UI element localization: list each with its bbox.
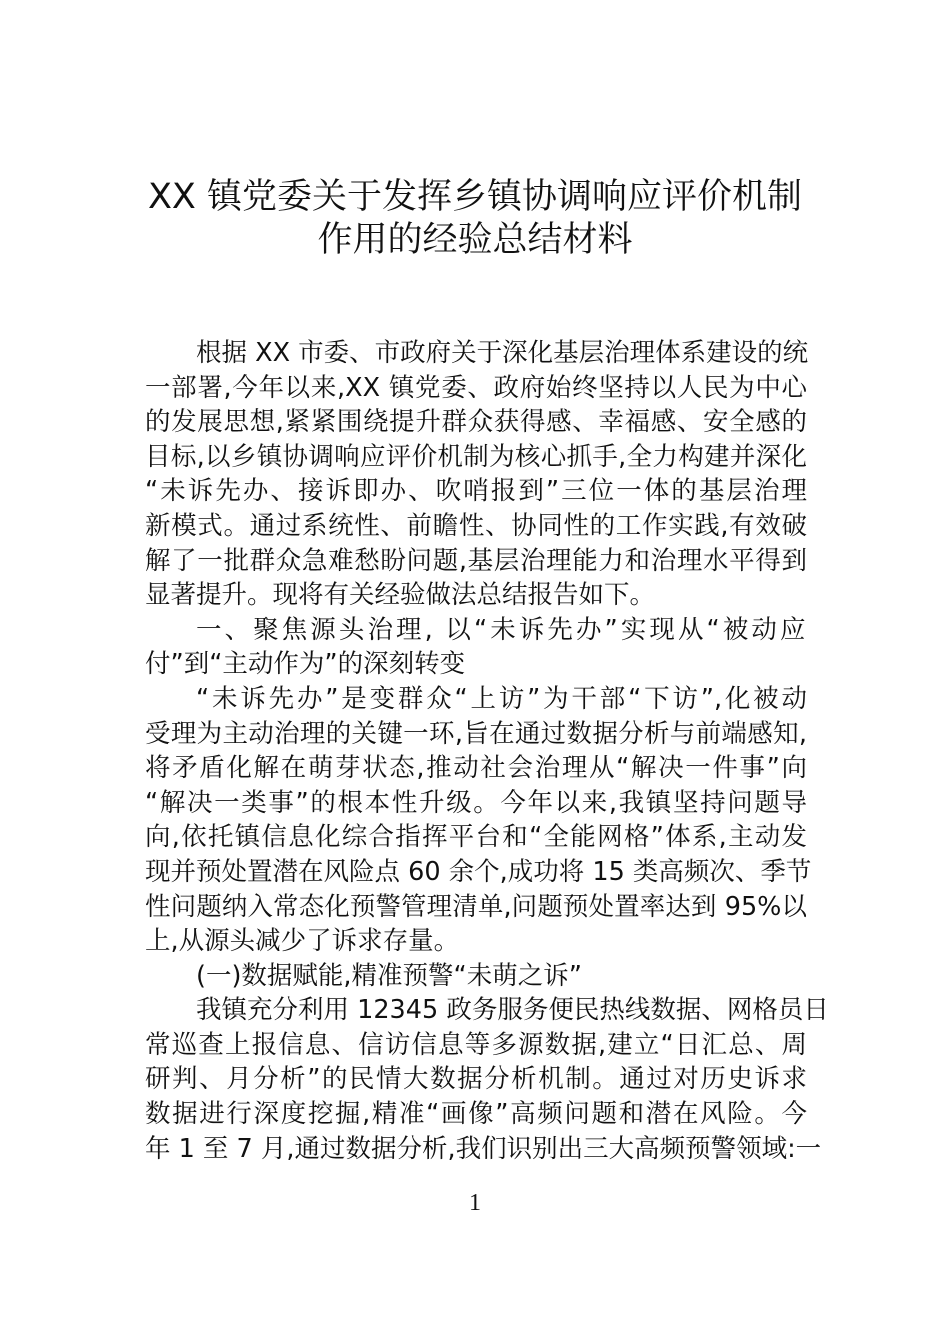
heading-line: 一、聚焦源头治理, 以“未诉先办”实现从“被动应 (145, 613, 807, 648)
text-line: 目标,以乡镇协调响应评价机制为核心抓手,全力构建并深化 (145, 440, 807, 475)
text-line: 我镇充分利用 12345 政务服务便民热线数据、网格员日 (145, 993, 807, 1028)
section-heading-1: 一、聚焦源头治理, 以“未诉先办”实现从“被动应 付”到“主动作为”的深刻转变 (145, 613, 807, 682)
paragraph-data-empowerment: 我镇充分利用 12345 政务服务便民热线数据、网格员日 常巡查上报信息、信访信… (145, 993, 807, 1166)
text-line: 研判、月分析”的民情大数据分析机制。通过对历史诉求 (145, 1062, 807, 1097)
text-line: 新模式。通过系统性、前瞻性、协同性的工作实践,有效破 (145, 509, 807, 544)
text-line: 解了一批群众急难愁盼问题,基层治理能力和治理水平得到 (145, 544, 807, 579)
text-line: 的发展思想,紧紧围绕提升群众获得感、幸福感、安全感的 (145, 405, 807, 440)
document-title-line-1: XX 镇党委关于发挥乡镇协调响应评价机制 (0, 177, 950, 217)
text-line: 向,依托镇信息化综合指挥平台和“全能网格”体系,主动发 (145, 820, 807, 855)
heading-line: (一)数据赋能,精准预警“未萌之诉” (145, 959, 807, 994)
document-page: XX 镇党委关于发挥乡镇协调响应评价机制 作用的经验总结材料 根据 XX 市委、… (0, 0, 950, 1344)
text-line: 年 1 至 7 月,通过数据分析,我们识别出三大高频预警领域:一 (145, 1132, 807, 1167)
text-line: 受理为主动治理的关键一环,旨在通过数据分析与前端感知, (145, 717, 807, 752)
subsection-heading-1: (一)数据赋能,精准预警“未萌之诉” (145, 959, 807, 994)
text-line: 上,从源头减少了诉求存量。 (145, 924, 807, 959)
paragraph-proactive: “未诉先办”是变群众“上访”为干部“下访”,化被动 受理为主动治理的关键一环,旨… (145, 682, 807, 959)
document-title-line-2: 作用的经验总结材料 (0, 220, 950, 260)
text-line: 性问题纳入常态化预警管理清单,问题预处置率达到 95%以 (145, 890, 807, 925)
text-line: 现并预处置潜在风险点 60 余个,成功将 15 类高频次、季节 (145, 855, 807, 890)
text-line: 根据 XX 市委、市政府关于深化基层治理体系建设的统 (145, 336, 807, 371)
document-body: 根据 XX 市委、市政府关于深化基层治理体系建设的统 一部署,今年以来,XX 镇… (145, 336, 807, 1166)
text-line: 数据进行深度挖掘,精准“画像”高频问题和潜在风险。今 (145, 1097, 807, 1132)
text-line: “未诉先办”是变群众“上访”为干部“下访”,化被动 (145, 682, 807, 717)
text-line: “未诉先办、接诉即办、吹哨报到”三位一体的基层治理 (145, 474, 807, 509)
text-line: 显著提升。现将有关经验做法总结报告如下。 (145, 578, 807, 613)
text-line: 一部署,今年以来,XX 镇党委、政府始终坚持以人民为中心 (145, 371, 807, 406)
text-line: 将矛盾化解在萌芽状态,推动社会治理从“解决一件事”向 (145, 751, 807, 786)
text-line: “解决一类事”的根本性升级。今年以来,我镇坚持问题导 (145, 786, 807, 821)
text-line: 常巡查上报信息、信访信息等多源数据,建立“日汇总、周 (145, 1028, 807, 1063)
page-number: 1 (0, 1188, 950, 1218)
heading-line: 付”到“主动作为”的深刻转变 (145, 647, 807, 682)
paragraph-intro: 根据 XX 市委、市政府关于深化基层治理体系建设的统 一部署,今年以来,XX 镇… (145, 336, 807, 613)
